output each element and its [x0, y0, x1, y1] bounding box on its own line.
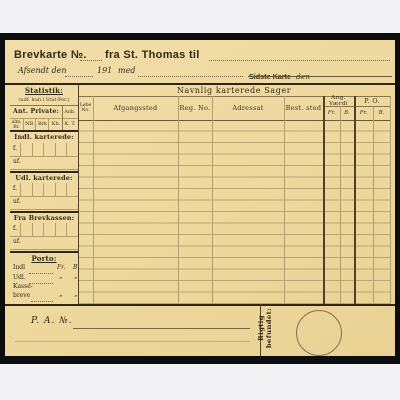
rigtig-line1: Rigtig	[257, 315, 265, 341]
row-label-uf: uf.	[13, 238, 21, 245]
subcol-vaerdi-fr: Fr.	[323, 106, 340, 120]
stat-grid-divider	[62, 106, 63, 131]
stamp-circle	[296, 310, 342, 356]
with-blank	[138, 66, 243, 77]
porto-b-header: B.	[73, 264, 79, 271]
col-header-po: P. O.	[354, 96, 390, 106]
row-rule	[10, 249, 78, 250]
col-header-ang-vaerdi: Ang. Værdi	[323, 96, 354, 106]
footer-divider-rule	[5, 304, 395, 306]
row-label-f: f.	[13, 145, 17, 152]
number-blank	[80, 50, 102, 61]
ditto-mark: „	[74, 272, 78, 280]
table-body-empty-rows	[78, 120, 390, 304]
row-rule	[10, 196, 78, 197]
ditto-mark: „	[74, 290, 78, 298]
subcol-po-fr: Fr.	[354, 106, 373, 120]
sent-date-blank	[65, 66, 93, 77]
porto-fr-header: Fr.	[57, 264, 65, 271]
section-brevkasse-title: Fra Brevkassen:	[10, 213, 78, 223]
porto-row-breve: breve	[13, 292, 30, 299]
ditto-mark: „	[59, 272, 63, 280]
col-header-lobe-no: Løbe No.	[78, 96, 93, 120]
column-divider	[212, 96, 213, 304]
subcol-po-b: B.	[373, 106, 390, 120]
row-rule	[10, 209, 78, 210]
anb-cell: Anb.	[62, 106, 78, 118]
postal-form-scan: Brevkarte №. fra St. Thomas til Afsendt …	[0, 33, 400, 364]
section-indl-title: Indl. karterede:	[10, 132, 78, 142]
row-label-f: f.	[13, 225, 17, 232]
rigtig-befundet-label: Rigtig befundet:	[257, 304, 275, 352]
col-header-adressat: Adressat	[212, 96, 284, 120]
ditto-mark: „	[59, 290, 63, 298]
subcolumn-divider	[373, 106, 374, 304]
row-rule	[10, 169, 78, 170]
form-title: Brevkarte №.	[14, 49, 87, 61]
form-title-destination: fra St. Thomas til	[105, 49, 200, 61]
statistik-note: (udf. kun i Stat-Per.)	[10, 95, 78, 104]
porto-row-udl: Udl.	[13, 274, 26, 281]
col-header-best-sted: Best. sted	[284, 96, 323, 120]
porto-row-kasse: Kasse-	[13, 283, 33, 290]
destination-blank	[209, 50, 390, 61]
column-divider-heavy	[354, 96, 356, 304]
porto-blank	[31, 291, 53, 302]
section-udl-title: Udl. karterede:	[10, 173, 78, 183]
col-header-reg-no: Reg. No.	[178, 96, 212, 120]
year-prefix: 191	[97, 66, 112, 75]
row-label-uf: uf.	[13, 158, 21, 165]
tally-grid	[20, 223, 78, 236]
column-divider-heavy	[323, 96, 325, 304]
last-card-row: Sidste Karte den	[249, 64, 310, 83]
subcol-vaerdi-b: B.	[340, 106, 354, 120]
last-card-writing-line	[248, 76, 392, 77]
pam-writing-line	[73, 328, 250, 329]
faint-writing-line	[15, 341, 250, 342]
col-header-afgangssted: Afgangssted	[93, 96, 178, 120]
pam-label: P. A. №.	[31, 316, 73, 326]
column-divider	[178, 96, 179, 304]
row-rule	[10, 236, 78, 237]
porto-row-indl: Indl	[13, 264, 25, 271]
tally-grid	[20, 143, 78, 156]
row-rule	[10, 156, 78, 157]
row-label-uf: uf.	[13, 198, 21, 205]
column-divider	[93, 96, 94, 304]
statistik-title: Statistik:	[10, 85, 78, 95]
row-label-f: f.	[13, 185, 17, 192]
column-divider	[284, 96, 285, 304]
rigtig-line2: befundet:	[265, 308, 273, 348]
table-right-edge	[390, 96, 391, 304]
sent-date-label: Afsendt den	[18, 66, 66, 75]
tally-grid	[20, 183, 78, 196]
porto-title: Porto:	[10, 253, 78, 263]
subcolumn-divider	[340, 106, 341, 304]
ant-private-label: Ant. Private:	[13, 108, 59, 115]
with-label: med	[118, 66, 135, 75]
page: { "colors": { "page_bg": "#f3f3f5", "pap…	[0, 0, 400, 400]
